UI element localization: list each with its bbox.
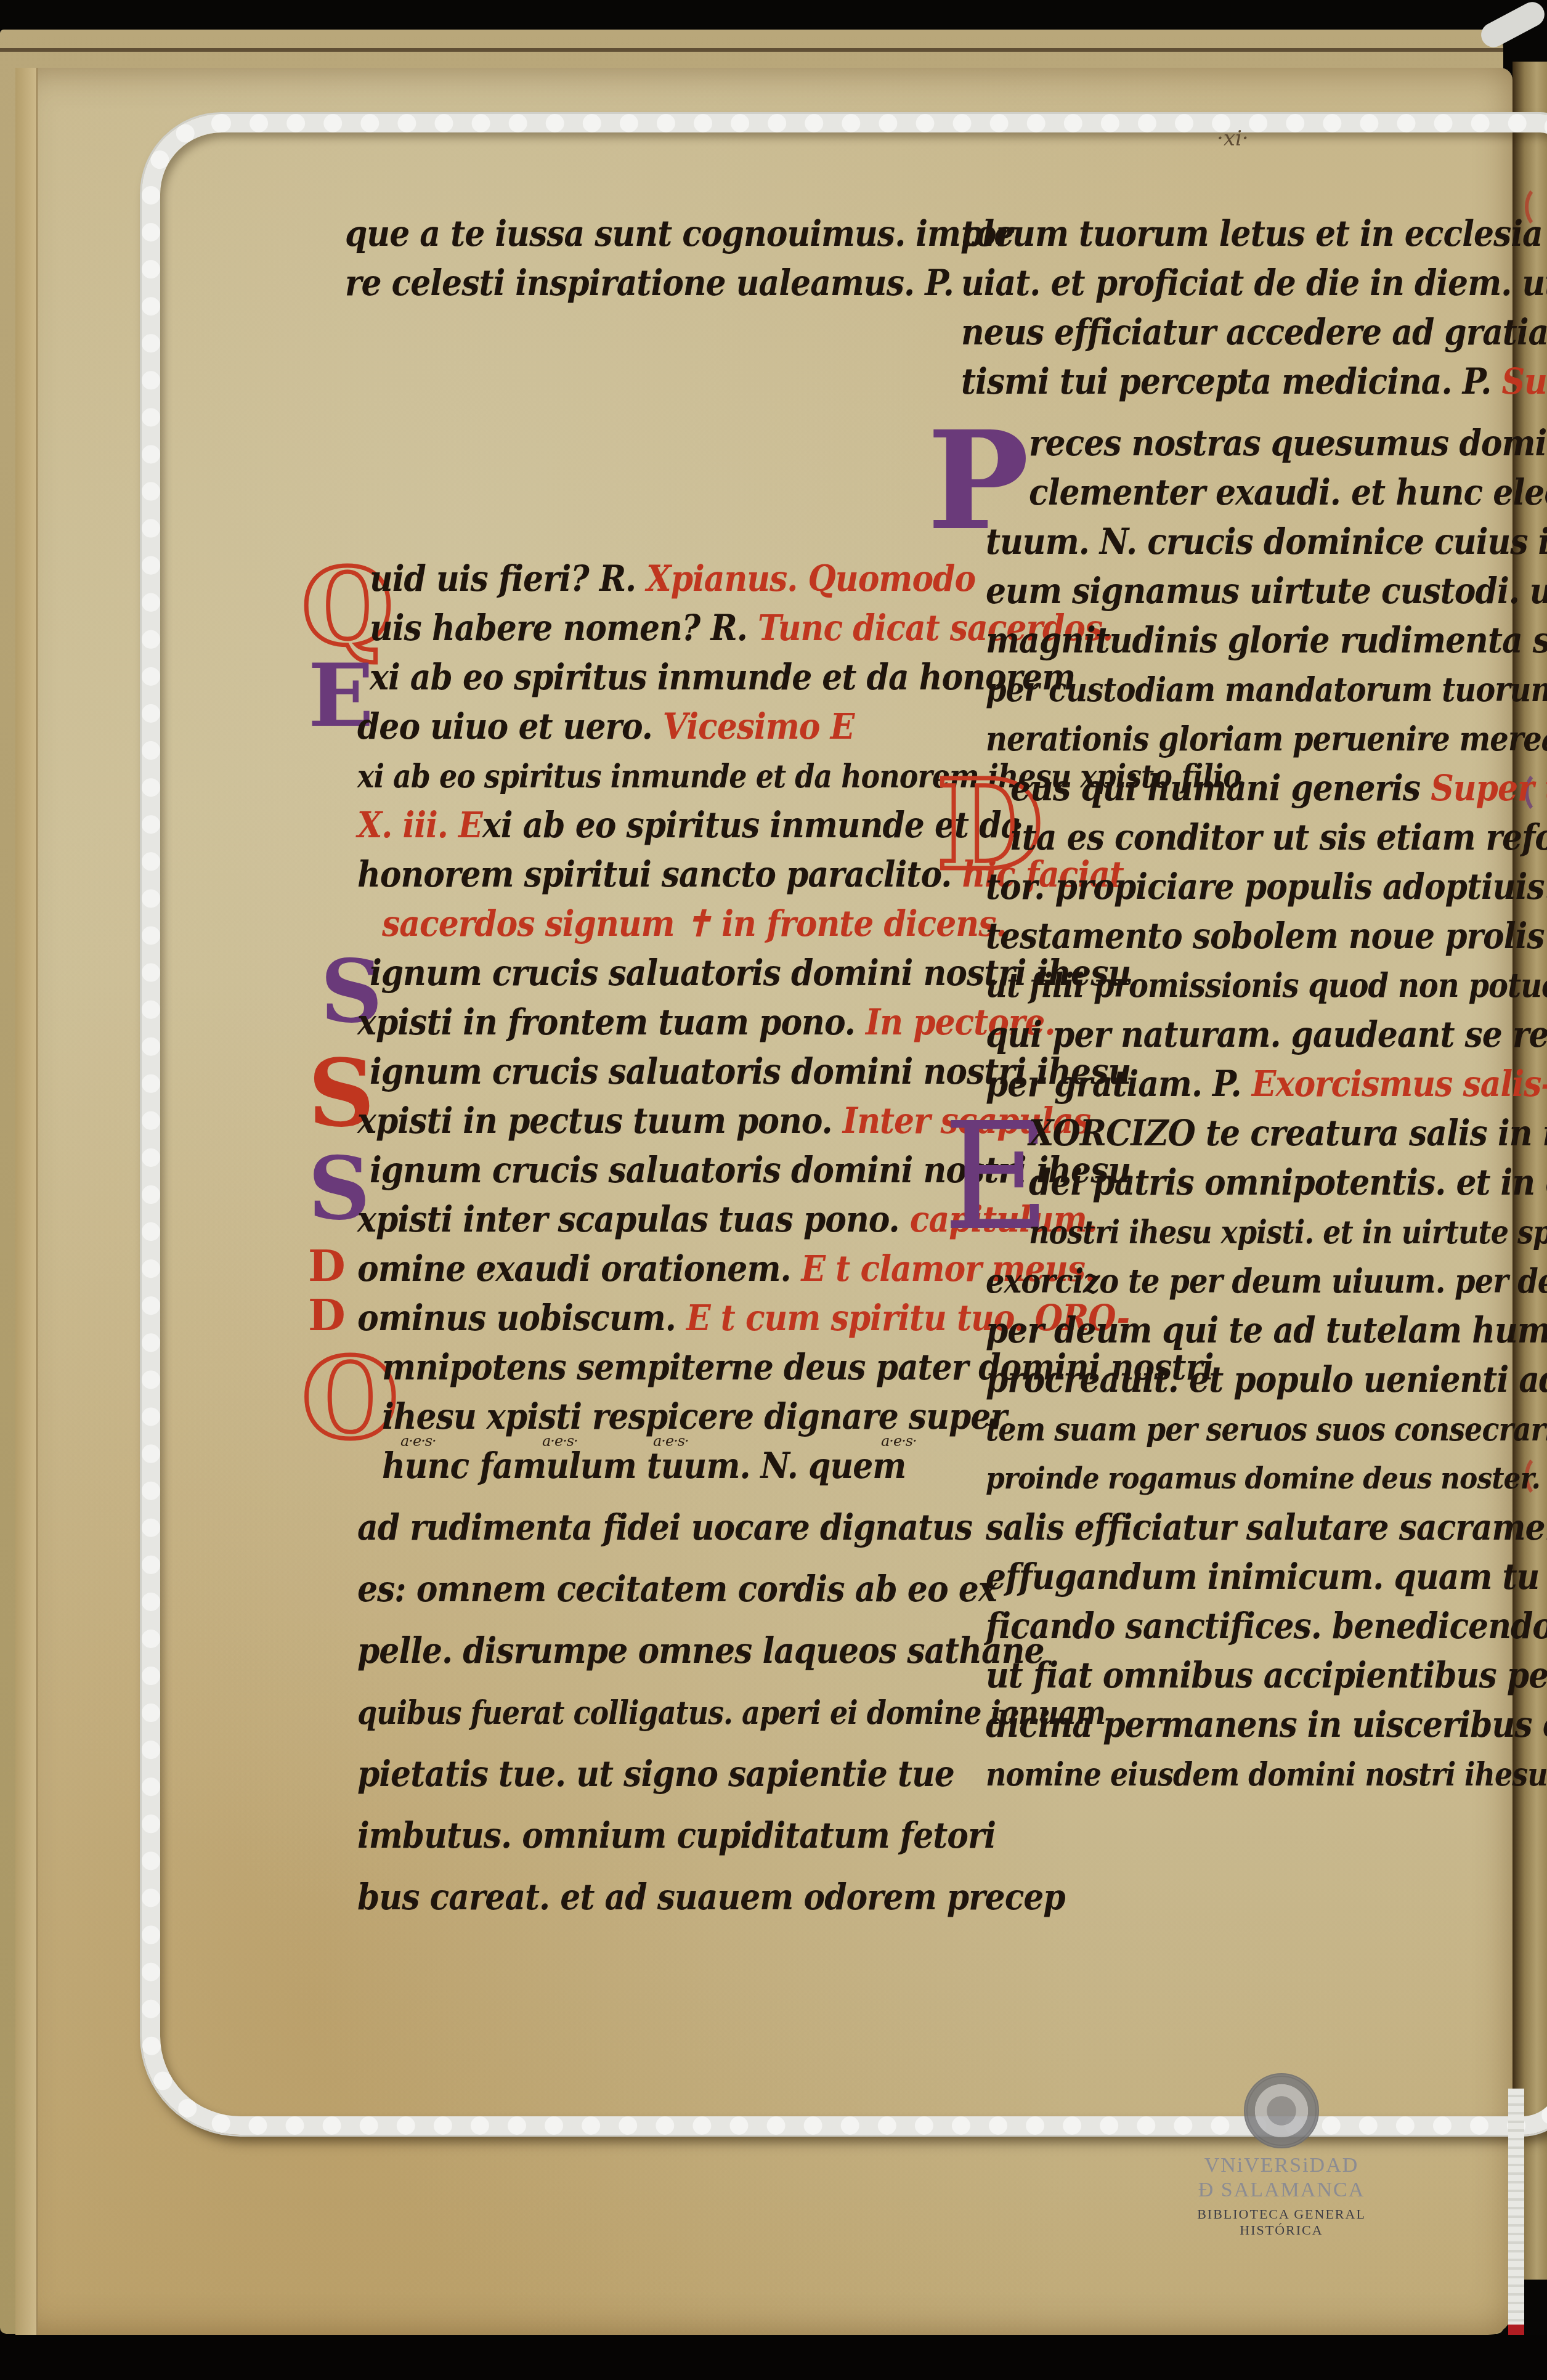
text-line: uid uis fieri? R. Xpianus. Quomodo — [370, 551, 975, 607]
initial-d: D — [308, 1294, 345, 1337]
text-line: eum signamus uirtute custodi. ut — [986, 564, 1547, 619]
text-line: dicina permanens in uisceribus eorum. in — [986, 1697, 1547, 1753]
university-seal-icon — [1244, 2073, 1319, 2148]
text-line: tuum. N. crucis dominice cuius impressio… — [986, 514, 1547, 570]
text-line: ut filii promissionis quod non potuerunt… — [986, 958, 1547, 1013]
folio-fore-edge — [15, 68, 38, 2335]
text-line: ficando sanctifices. benedicendo benedic… — [986, 1599, 1547, 1654]
text-line: tor. propiciare populis adoptiuis. et no… — [986, 859, 1547, 915]
text-line: X. iii. Eeius. xi ab eo spiritus inmunde… — [357, 798, 1021, 853]
text-line: per gratiam. P. Exorcismus salis— — [986, 1057, 1547, 1112]
background-bottom — [0, 2335, 1547, 2380]
folio-mark: ·xi· — [1217, 126, 1249, 151]
watermark-library: BIBLIOTECA GENERAL HISTÓRICA — [1158, 2206, 1405, 2238]
rubric-line: sacerdos signum ✝ in fronte dicens. — [382, 896, 1007, 952]
text-line: pelle. disrumpe omnes laqueos sathane — [357, 1623, 1044, 1679]
text-line: nerationis gloriam peruenire mereatur. P… — [986, 712, 1547, 767]
watermark-salamanca: Đ SALAMANCA — [1158, 2178, 1405, 2203]
text-line: ut fiat omnibus accipientibus perfecta m… — [986, 1648, 1547, 1704]
text-line: testamento sobolem noue prolis adscribe. — [986, 909, 1547, 964]
text-line: re celesti inspiratione ualeamus. P. — [345, 256, 954, 311]
text-line: eus qui humani generis Super utrosque — [1010, 761, 1547, 816]
text-line: procreauit. et populo uenienti ad credul… — [986, 1352, 1547, 1408]
text-line: ita es conditor ut sis etiam reforma — [1010, 810, 1547, 866]
text-line: imbutus. omnium cupiditatum fetori — [357, 1808, 996, 1864]
text-line: clementer exaudi. et hunc electu — [1029, 465, 1547, 521]
text-line: effugandum inimicum. quam tu domine sanc… — [986, 1549, 1547, 1605]
text-line: reces nostras quesumus domine masculos. — [1029, 416, 1547, 471]
text-line: es: omnem cecitatem cordis ab eo ex — [357, 1562, 997, 1617]
text-line: per custodiam mandatorum tuorum ad rege — [986, 662, 1547, 718]
text-line: hunc famulum tuum. N. quem — [382, 1439, 906, 1494]
initial-d: D — [308, 1245, 345, 1288]
text-line: bus careat. et ad suauem odorem precep — [357, 1870, 1065, 1925]
text-line: que a te iussa sunt cognouimus. imple — [345, 206, 1013, 262]
text-line: deo uiuo et uero. Vicesimo E — [357, 699, 854, 755]
text-line: XORCIZO te creatura salis in nomine — [1029, 1106, 1547, 1161]
text-line: magnitudinis glorie rudimenta seruans — [986, 613, 1547, 668]
text-line: nomine eiusdem domini nostri ihesu xpist… — [986, 1747, 1547, 1802]
text-line: exorcizo te per deum uiuum. per deum uer… — [986, 1254, 1547, 1309]
text-line: dei patris omnipotentis. et in caritate … — [1029, 1155, 1547, 1211]
text-line: pietatis tue. ut signo sapientie tue — [357, 1747, 954, 1802]
text-line: tem suam per seruos suos consecrari prec… — [986, 1402, 1547, 1457]
text-line: uiat. et proficiat de die in diem. ut id… — [961, 256, 1547, 311]
cord-end-top — [1477, 0, 1547, 52]
text-line: ad rudimenta fidei uocare dignatus — [357, 1500, 972, 1556]
library-watermark: VNiVERSiDAD Đ SALAMANCA BIBLIOTECA GENER… — [1158, 2073, 1405, 2238]
text-line: neus efficiatur accedere ad gratiam bap — [961, 305, 1547, 360]
text-line: per deum qui te ad tutelam humani generi… — [986, 1303, 1547, 1359]
text-line: nostri ihesu xpisti. et in uirtute spiri… — [1029, 1204, 1547, 1260]
text-line: qui per naturam. gaudeant se recepisse — [986, 1007, 1547, 1063]
text-line: salis efficiatur salutare sacramentum ad — [986, 1500, 1547, 1556]
text-line: proinde rogamus domine deus noster. ut h… — [986, 1451, 1547, 1506]
text-line: xpisti in frontem tuam pono. In pectore. — [357, 995, 1055, 1050]
text-line: torum tuorum letus et in ecclesia tua de… — [961, 206, 1547, 262]
watermark-university: VNiVERSiDAD — [1158, 2153, 1405, 2178]
text-line: xi ab eo spiritus inmunde et da honorem — [370, 650, 1075, 705]
text-line: tismi tui percepta medicina. P. Sup — [961, 354, 1547, 410]
